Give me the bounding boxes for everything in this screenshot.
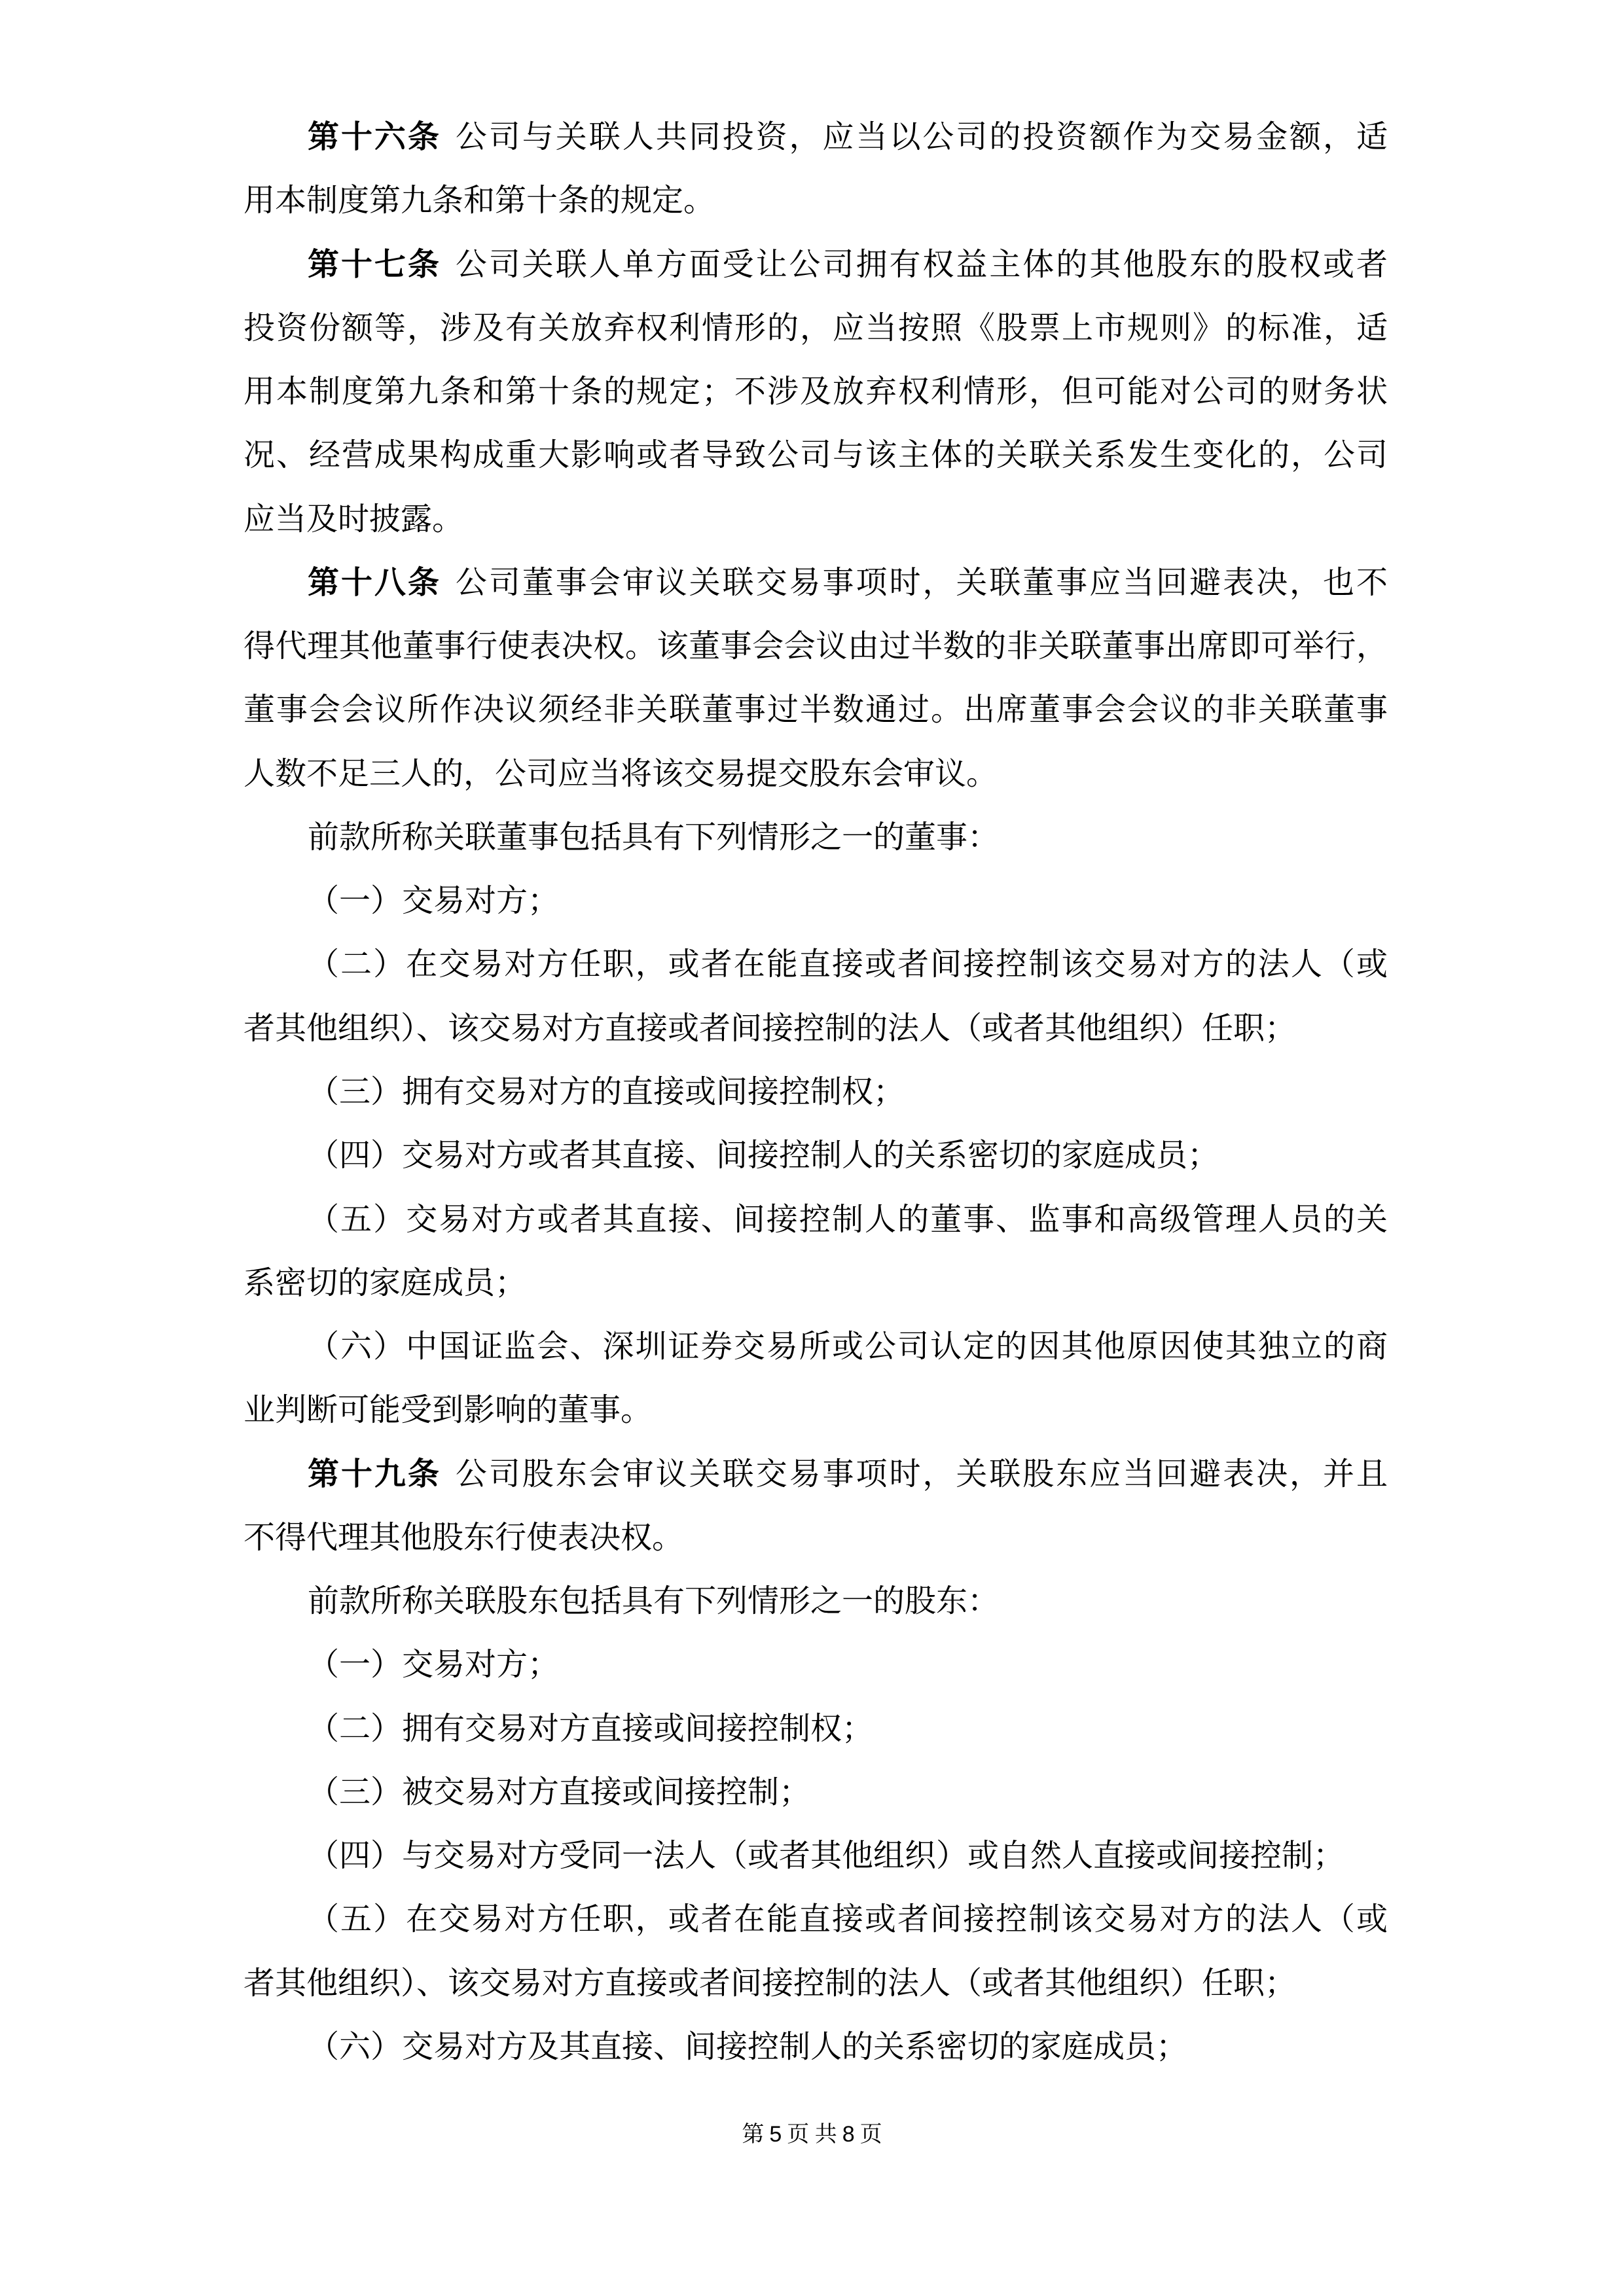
article-18-item-2-line-2: 者其他组织）、该交易对方直接或者间接控制的法人（或者其他组织）任职； xyxy=(244,997,1388,1060)
article-17-line-2: 投资份额等，涉及有关放弃权利情形的，应当按照《股票上市规则》的标准，适 xyxy=(244,296,1388,360)
article-19-line-2: 不得代理其他股东行使表决权。 xyxy=(244,1506,1388,1570)
footer-suffix: 页 xyxy=(860,2123,882,2147)
article-18-sub-intro: 前款所称关联董事包括具有下列情形之一的董事： xyxy=(244,806,1388,869)
article-18-line-3: 董事会会议所作决议须经非关联董事过半数通过。出席董事会会议的非关联董事 xyxy=(244,678,1388,742)
article-19-label: 第十九条 xyxy=(308,1457,441,1492)
article-16-line-1: 第十六条公司与关联人共同投资，应当以公司的投资额作为交易金额，适 xyxy=(244,105,1388,169)
article-19-item-5-line-1: （五）在交易对方任职，或者在能直接或者间接控制该交易对方的法人（或 xyxy=(244,1888,1388,1951)
article-19-item-1: （一）交易对方； xyxy=(244,1633,1388,1696)
article-18-item-6-line-1: （六）中国证监会、深圳证券交易所或公司认定的因其他原因使其独立的商 xyxy=(244,1315,1388,1378)
article-17-line-4: 况、经营成果构成重大影响或者导致公司与该主体的关联关系发生变化的，公司 xyxy=(244,423,1388,487)
article-18-item-1: （一）交易对方； xyxy=(244,869,1388,933)
document-page: 第十六条公司与关联人共同投资，应当以公司的投资额作为交易金额，适 用本制度第九条… xyxy=(0,0,1624,2296)
article-18-item-3: （三）拥有交易对方的直接或间接控制权； xyxy=(244,1060,1388,1124)
article-19-item-2: （二）拥有交易对方直接或间接控制权； xyxy=(244,1697,1388,1761)
article-17-line-5: 应当及时披露。 xyxy=(244,488,1388,551)
article-19-line-1: 第十九条公司股东会审议关联交易事项时，关联股东应当回避表决，并且 xyxy=(244,1443,1388,1506)
article-16-text: 公司与关联人共同投资，应当以公司的投资额作为交易金额，适 xyxy=(456,120,1388,154)
article-17-line-3: 用本制度第九条和第十条的规定；不涉及放弃权利情形，但可能对公司的财务状 xyxy=(244,360,1388,423)
article-18-item-6-line-2: 业判断可能受到影响的董事。 xyxy=(244,1378,1388,1442)
article-17-line-1: 第十七条公司关联人单方面受让公司拥有权益主体的其他股东的股权或者 xyxy=(244,233,1388,296)
article-18-label: 第十八条 xyxy=(308,565,441,600)
article-18-item-5-line-1: （五）交易对方或者其直接、间接控制人的董事、监事和高级管理人员的关 xyxy=(244,1188,1388,1251)
article-19-sub-intro: 前款所称关联股东包括具有下列情形之一的股东： xyxy=(244,1570,1388,1633)
article-18-text: 公司董事会审议关联交易事项时，关联董事应当回避表决，也不 xyxy=(456,565,1388,600)
current-page-number: 5 xyxy=(769,2122,782,2147)
article-17-label: 第十七条 xyxy=(308,247,441,282)
article-18-item-5-line-2: 系密切的家庭成员； xyxy=(244,1251,1388,1315)
article-19-item-6: （六）交易对方及其直接、间接控制人的关系密切的家庭成员； xyxy=(244,2015,1388,2079)
document-body: 第十六条公司与关联人共同投资，应当以公司的投资额作为交易金额，适 用本制度第九条… xyxy=(244,105,1388,2079)
article-19-item-4: （四）与交易对方受同一法人（或者其他组织）或自然人直接或间接控制； xyxy=(244,1824,1388,1888)
article-16-label: 第十六条 xyxy=(308,120,441,154)
article-19-text: 公司股东会审议关联交易事项时，关联股东应当回避表决，并且 xyxy=(456,1457,1388,1492)
footer-prefix: 第 xyxy=(742,2123,764,2147)
page-footer: 第5页 共8页 xyxy=(0,2118,1624,2151)
article-18-line-2: 得代理其他董事行使表决权。该董事会会议由过半数的非关联董事出席即可举行， xyxy=(244,615,1388,678)
article-17-text: 公司关联人单方面受让公司拥有权益主体的其他股东的股权或者 xyxy=(456,247,1388,282)
article-19-item-3: （三）被交易对方直接或间接控制； xyxy=(244,1761,1388,1824)
article-18-item-4: （四）交易对方或者其直接、间接控制人的关系密切的家庭成员； xyxy=(244,1124,1388,1187)
article-18-item-2-line-1: （二）在交易对方任职，或者在能直接或者间接控制该交易对方的法人（或 xyxy=(244,933,1388,996)
footer-middle: 页 共 xyxy=(787,2123,837,2147)
article-16-line-2: 用本制度第九条和第十条的规定。 xyxy=(244,169,1388,232)
total-pages-number: 8 xyxy=(842,2122,855,2147)
article-18-line-1: 第十八条公司董事会审议关联交易事项时，关联董事应当回避表决，也不 xyxy=(244,551,1388,615)
article-18-line-4: 人数不足三人的，公司应当将该交易提交股东会审议。 xyxy=(244,742,1388,806)
article-19-item-5-line-2: 者其他组织）、该交易对方直接或者间接控制的法人（或者其他组织）任职； xyxy=(244,1952,1388,2015)
